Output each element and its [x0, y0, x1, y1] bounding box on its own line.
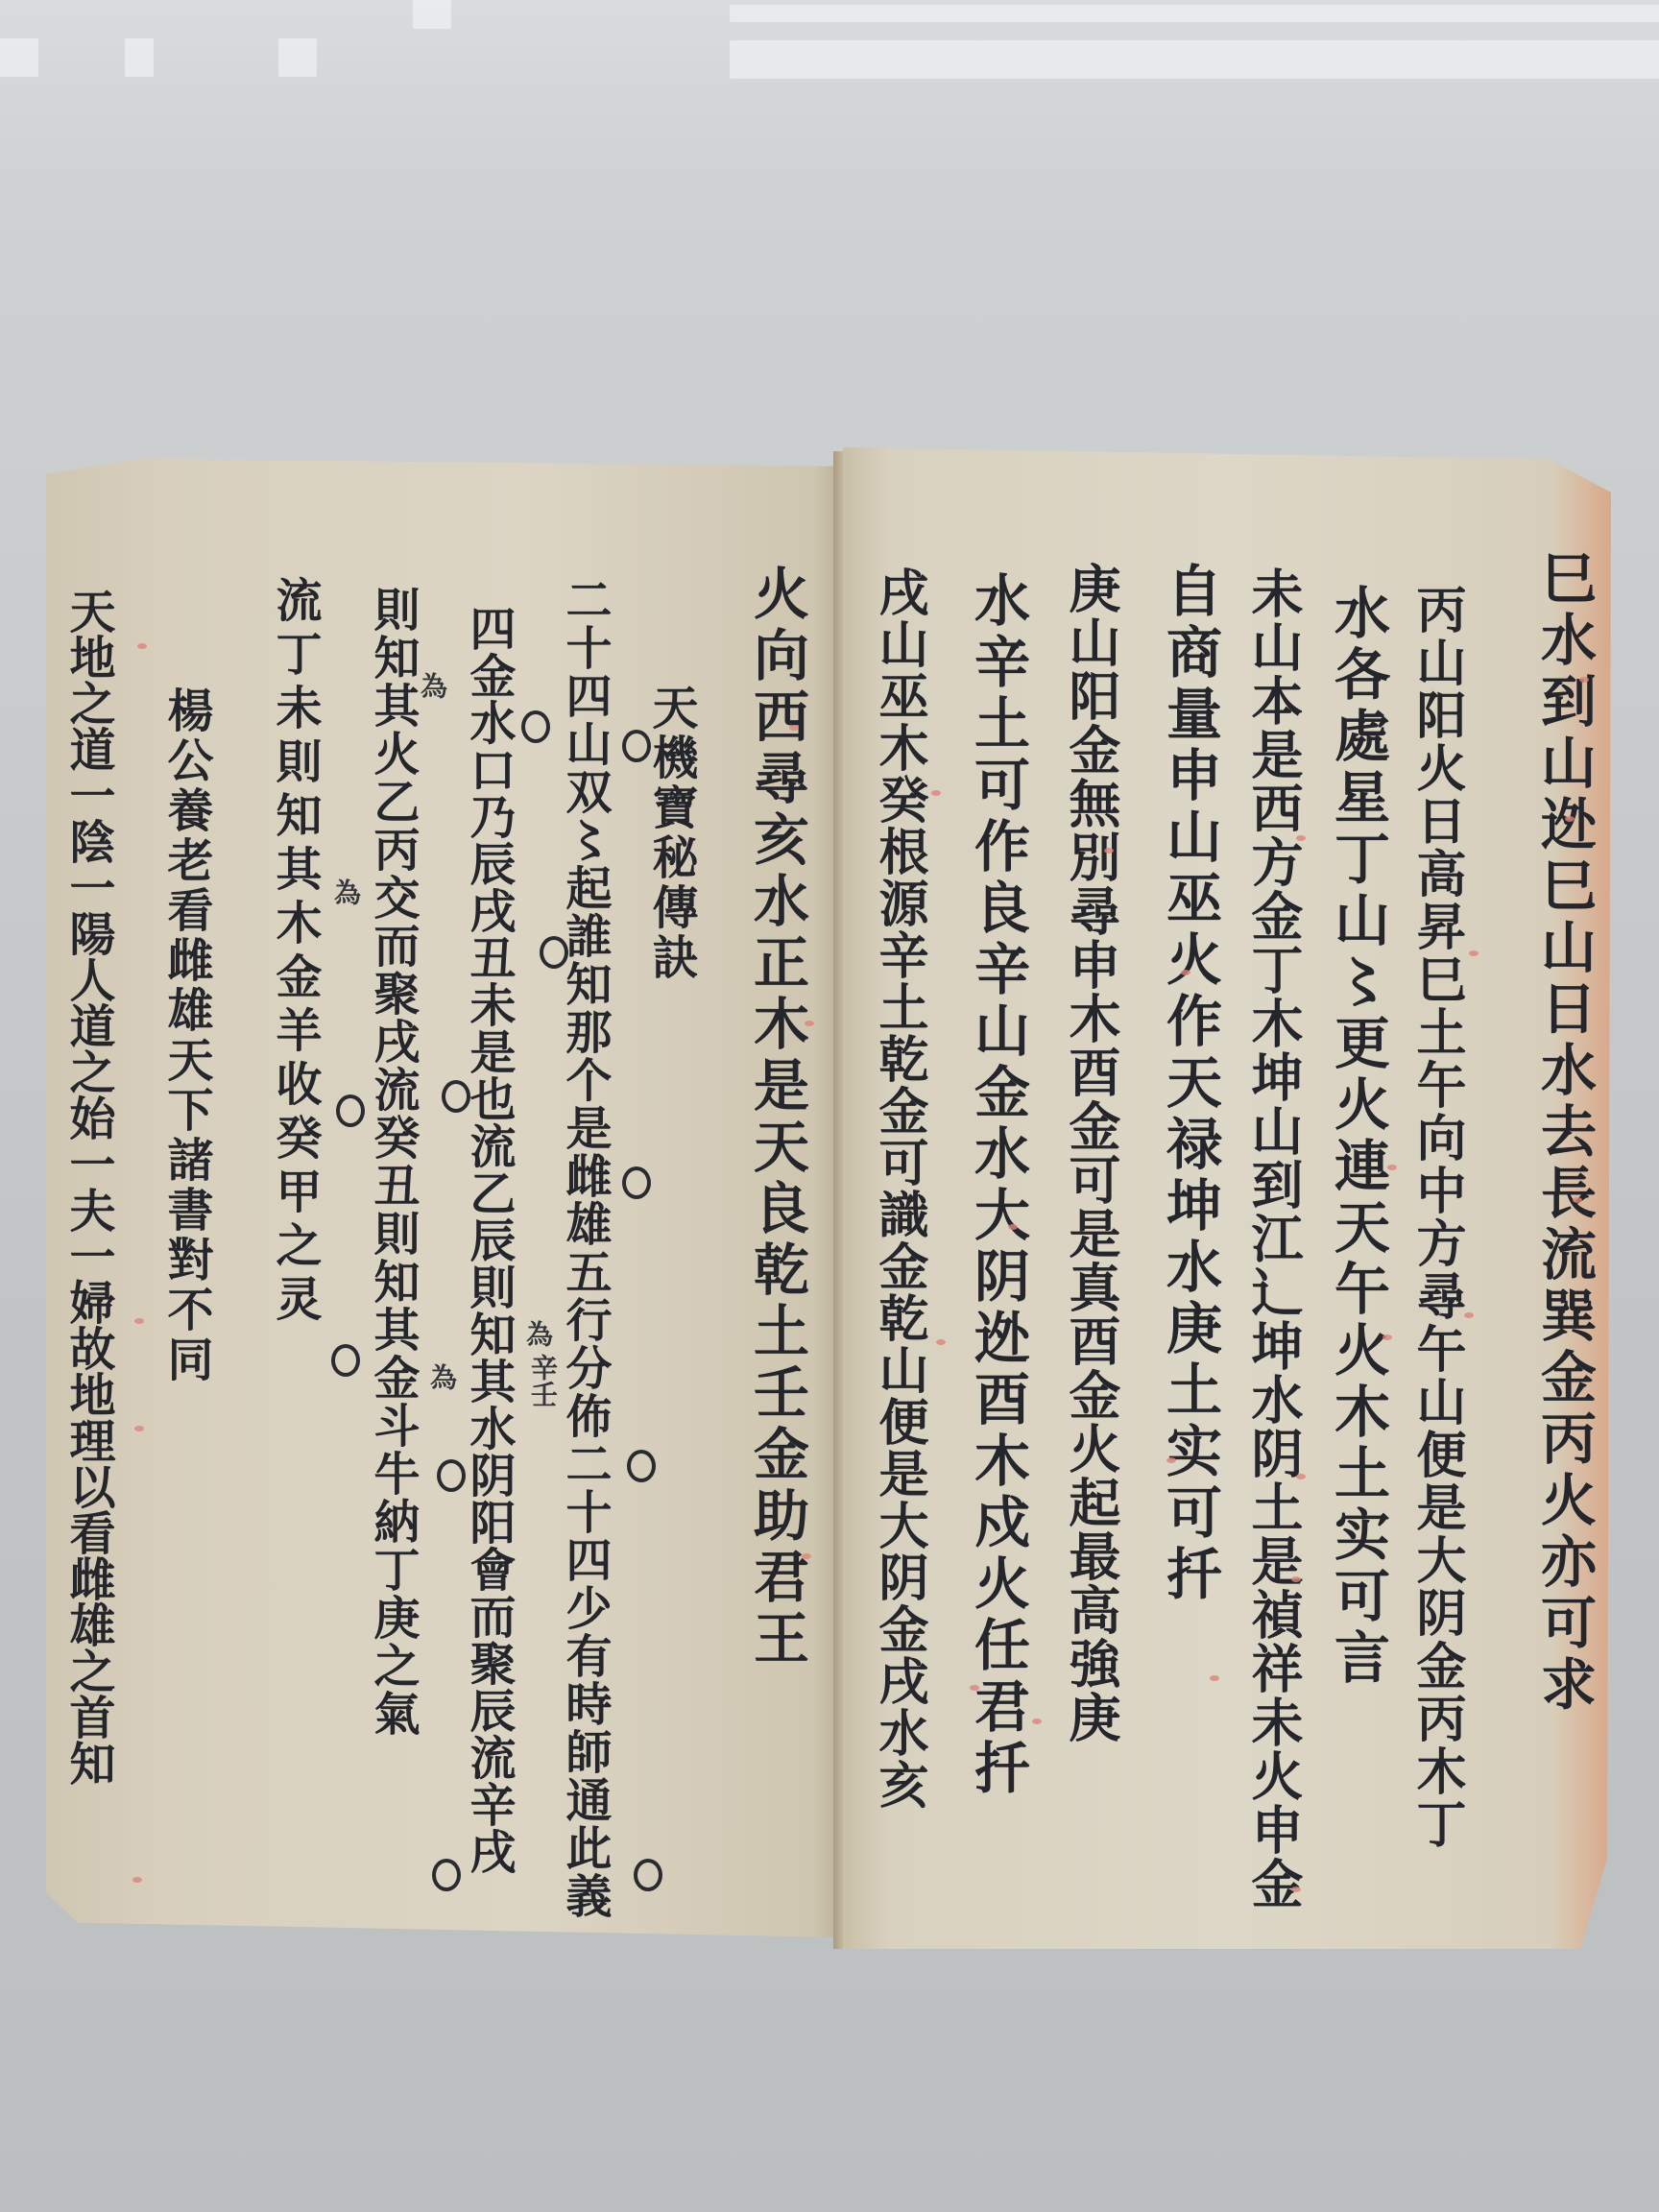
- red-punctuation: [137, 643, 147, 649]
- red-punctuation: [1296, 835, 1306, 841]
- red-punctuation: [1382, 1334, 1392, 1340]
- left-col-1: 火向西尋亥水正木是天良乾土壬金助君王: [749, 565, 805, 1671]
- margin-note: 為: [518, 1320, 557, 1347]
- red-punctuation: [1008, 1224, 1018, 1230]
- circle-mark: [622, 730, 651, 762]
- margin-note: 為: [422, 1363, 461, 1390]
- circle-mark: [442, 1080, 470, 1113]
- red-punctuation: [936, 1339, 946, 1345]
- right-col-5: 自商量申山巫火作天禄坤水庚土实可扦: [1162, 562, 1217, 1606]
- circle-mark: [521, 710, 550, 743]
- red-punctuation: [805, 1021, 814, 1026]
- circle-mark: [627, 1450, 656, 1482]
- red-punctuation: [1296, 1474, 1306, 1479]
- circle-mark: [540, 936, 568, 969]
- circle-mark: [336, 1094, 365, 1127]
- right-page: [843, 447, 1611, 1949]
- open-manuscript: 巳水到山迯巳山日水去長流巽金丙火亦可求 丙山阳火日高昇巳土午向中方尋午山便是大阴…: [0, 0, 1659, 2212]
- right-col-4: 未山本是西方金丁木坤山到江辶坤水阴土是禎祥未火申金: [1248, 566, 1300, 1911]
- red-punctuation: [931, 790, 941, 796]
- red-punctuation: [1464, 1312, 1474, 1318]
- red-punctuation: [789, 725, 799, 731]
- red-punctuation: [1573, 1197, 1582, 1203]
- red-punctuation: [802, 1553, 811, 1559]
- red-punctuation: [132, 1877, 142, 1883]
- margin-note: 為: [413, 672, 451, 699]
- right-col-2: 丙山阳火日高昇巳土午向中方尋午山便是大阴金丙木丁: [1411, 584, 1461, 1851]
- margin-note: 辛壬: [523, 1354, 562, 1407]
- left-col-3: 二十四山双〻起誰知那个是雌雄五行分佈二十四少有時師通此義: [562, 576, 608, 1920]
- right-col-7: 水辛土可作良辛山金水大阴迯酉木戍火任君扦: [970, 571, 1025, 1800]
- red-punctuation: [1181, 970, 1190, 975]
- red-punctuation: [1210, 1675, 1219, 1681]
- left-col-7: 楊公養老看雌雄天下諸書對不同: [163, 686, 209, 1385]
- red-punctuation: [1166, 1457, 1176, 1463]
- circle-mark: [331, 1344, 360, 1377]
- left-col-4: 四金水口乃辰戌丑未是也流乙辰則知其水阴阳會而聚辰流辛戌: [466, 605, 512, 1875]
- left-section-title: 天機寶秘傳訣: [648, 684, 694, 983]
- red-punctuation: [1579, 677, 1589, 683]
- right-col-8: 戌山巫木癸根源辛土乾金可識金乾山便是大阴金戌水亥: [874, 566, 924, 1811]
- red-punctuation: [134, 1426, 144, 1431]
- red-punctuation: [1032, 1719, 1042, 1724]
- red-punctuation: [134, 1318, 144, 1324]
- left-col-6: 流丁未則知其木金羊收癸甲之灵: [272, 576, 318, 1329]
- right-col-3: 水各處星丁山〻更火連天午火木土实可言: [1330, 584, 1385, 1690]
- red-punctuation: [1291, 1576, 1301, 1582]
- left-col-8: 天地之道一陰一陽人道之始一夫一婦故地理以看雌雄之首知: [65, 588, 111, 1786]
- circle-mark: [432, 1859, 461, 1891]
- red-punctuation: [1565, 816, 1575, 822]
- circle-mark: [622, 1166, 651, 1199]
- red-punctuation: [1469, 950, 1479, 956]
- circle-mark: [634, 1859, 662, 1891]
- left-col-5: 則知其火乙丙交而聚戌流癸丑則知其金斗牛納丁庚之氣: [370, 586, 416, 1738]
- right-col-6: 庚山阳金無別尋申木酉金可是真酉金火起最高強庚: [1066, 562, 1118, 1744]
- red-punctuation: [1291, 1887, 1301, 1892]
- margin-note: 為: [326, 878, 365, 905]
- circle-mark: [437, 1459, 466, 1492]
- red-punctuation: [1387, 1165, 1397, 1170]
- right-col-1: 巳水到山迯巳山日水去長流巽金丙火亦可求: [1536, 549, 1592, 1717]
- red-punctuation: [970, 1685, 979, 1691]
- red-punctuation: [1104, 848, 1114, 854]
